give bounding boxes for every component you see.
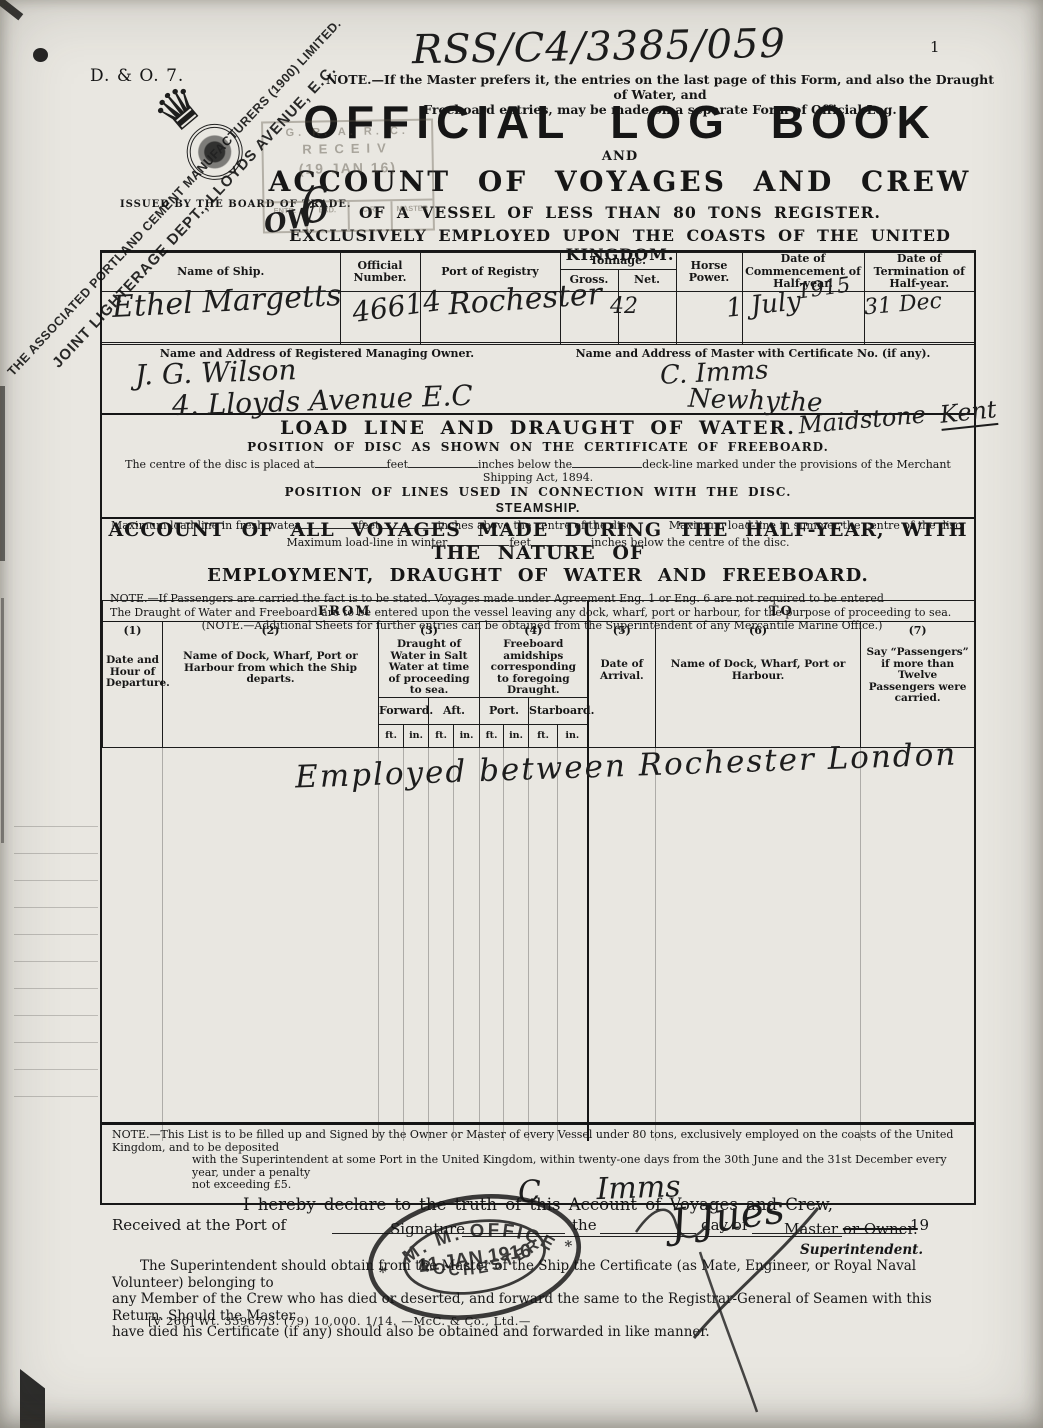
subheader-starboard: Starboard. — [529, 697, 588, 724]
master-word: Master — [784, 1220, 843, 1238]
steamship-label: STEAMSHIP. — [102, 501, 974, 515]
in-label: in. — [404, 724, 429, 747]
handwritten-reference: RSS/C4/3385/059 — [412, 21, 787, 74]
subheader-aft: Aft. — [429, 697, 480, 724]
header-horse-power: Horse Power. — [676, 253, 742, 292]
centre-prefix: The centre of the disc is placed at — [125, 458, 314, 471]
column-6-number: (6) — [656, 622, 860, 637]
scan-corner-mark — [0, 0, 23, 20]
column-6-label: Name of Dock, Wharf, Port or Harbour. — [656, 637, 860, 682]
voyages-heading-line1: ACCOUNT OF ALL VOYAGES MADE DURING THE H… — [102, 519, 974, 565]
blank-feet — [315, 456, 387, 468]
column-6-header: (6) Name of Dock, Wharf, Port or Harbour… — [656, 622, 861, 748]
column-1-number: (1) — [103, 622, 162, 637]
ft-label: ft. — [529, 724, 558, 747]
received-year-label: 19 — [910, 1216, 929, 1234]
master-or-owner-label: Master or Owner. — [784, 1220, 918, 1238]
ft-label: ft. — [379, 724, 404, 747]
declaration-note-line1: NOTE.—This List is to be filled up and S… — [112, 1129, 968, 1154]
handwritten-number: 6 — [297, 177, 333, 236]
position-of-lines-line: POSITION OF LINES USED IN CONNECTION WIT… — [102, 485, 974, 499]
header-termination: Date of Termination of Half-year. — [864, 253, 974, 292]
subheader-forward: Forward. — [379, 697, 429, 724]
column-2-header: (2) Name of Dock, Wharf, Port or Harbour… — [163, 622, 379, 748]
to-header: TO — [588, 601, 975, 622]
stamp-star-right: * — [564, 1237, 574, 1256]
column-7-number: (7) — [861, 622, 974, 637]
stamp-star-left: * — [378, 1263, 388, 1282]
column-3-header: (3) Draught of Water in Salt Water at ti… — [379, 622, 480, 698]
voyages-empty-row — [103, 747, 975, 1141]
scanned-log-book-page: 1 D. & O. 7. RSS/C4/3385/059 NOTE.—If th… — [0, 0, 1043, 1428]
header-tonnage: Tonnage. — [560, 253, 676, 270]
column-4-header: (4) Freeboard amidships corresponding to… — [480, 622, 588, 698]
column-4-number: (4) — [480, 622, 587, 637]
from-header: FROM — [103, 601, 588, 622]
subheader-port: Port. — [480, 697, 529, 724]
position-of-disc-line: POSITION OF DISC AS SHOWN ON THE CERTIFI… — [102, 440, 974, 454]
header-net: Net. — [618, 270, 676, 292]
column-1-label: Date and Hour of Departure. — [103, 637, 162, 690]
centre-of-disc-line: The centre of the disc is placed atfeeti… — [102, 456, 974, 484]
scan-edge-mark-upper — [0, 386, 5, 561]
column-7-label: Say “Passengers” if more than Twelve Pas… — [861, 637, 974, 705]
voyages-heading-line2: EMPLOYMENT, DRAUGHT OF WATER AND FREEBOA… — [102, 565, 974, 587]
page-number: 1 — [930, 38, 940, 56]
column-7-header: (7) Say “Passengers” if more than Twelve… — [861, 622, 975, 748]
ft-label: ft. — [480, 724, 504, 747]
in-label: in. — [454, 724, 480, 747]
ft-label: ft. — [429, 724, 454, 747]
handwritten-master-address3: Kent — [939, 395, 998, 431]
column-2-number: (2) — [163, 622, 378, 637]
column-3-number: (3) — [379, 622, 479, 637]
blank-deckline — [572, 456, 642, 468]
voyages-table: FROM TO (1) Date and Hour of Departure. … — [102, 600, 975, 1141]
in-label: in. — [558, 724, 588, 747]
feet-label: feet — [387, 458, 409, 471]
inches-below-label: inches below the — [478, 458, 572, 471]
superintendent-label: Superintendent. — [800, 1242, 923, 1258]
scan-ink-dot — [33, 48, 48, 62]
column-4-label: Freeboard amidships corresponding to for… — [480, 637, 587, 697]
faint-stamp-row2: RECEIV — [263, 140, 431, 158]
column-5-number: (5) — [589, 622, 656, 637]
column-5-header: (5) Date of Arrival. — [588, 622, 656, 748]
received-at-port-label: Received at the Port of — [112, 1216, 286, 1234]
faint-stamp-cell-master: MASTER — [392, 201, 433, 230]
header-official-number: Official Number. — [340, 253, 420, 292]
column-1-header: (1) Date and Hour of Departure. — [103, 622, 163, 748]
or-owner-struck: or Owner. — [843, 1220, 918, 1238]
column-5-label: Date of Arrival. — [589, 637, 656, 682]
scan-corner-shadow — [20, 1356, 45, 1428]
faint-stamp-row3: (19 JAN 16) — [264, 159, 432, 178]
handwritten-net-tonnage: 42 — [610, 294, 638, 319]
faint-stamp-cell-cr: C.R. — [349, 201, 392, 230]
in-label: in. — [504, 724, 529, 747]
column-3-label: Draught of Water in Salt Water at time o… — [379, 637, 479, 697]
column-2-label: Name of Dock, Wharf, Port or Harbour fro… — [163, 637, 378, 686]
scan-margin-ruled-lines — [14, 826, 98, 1118]
scan-edge-mark-lower — [1, 598, 4, 843]
blank-inches — [408, 456, 478, 468]
